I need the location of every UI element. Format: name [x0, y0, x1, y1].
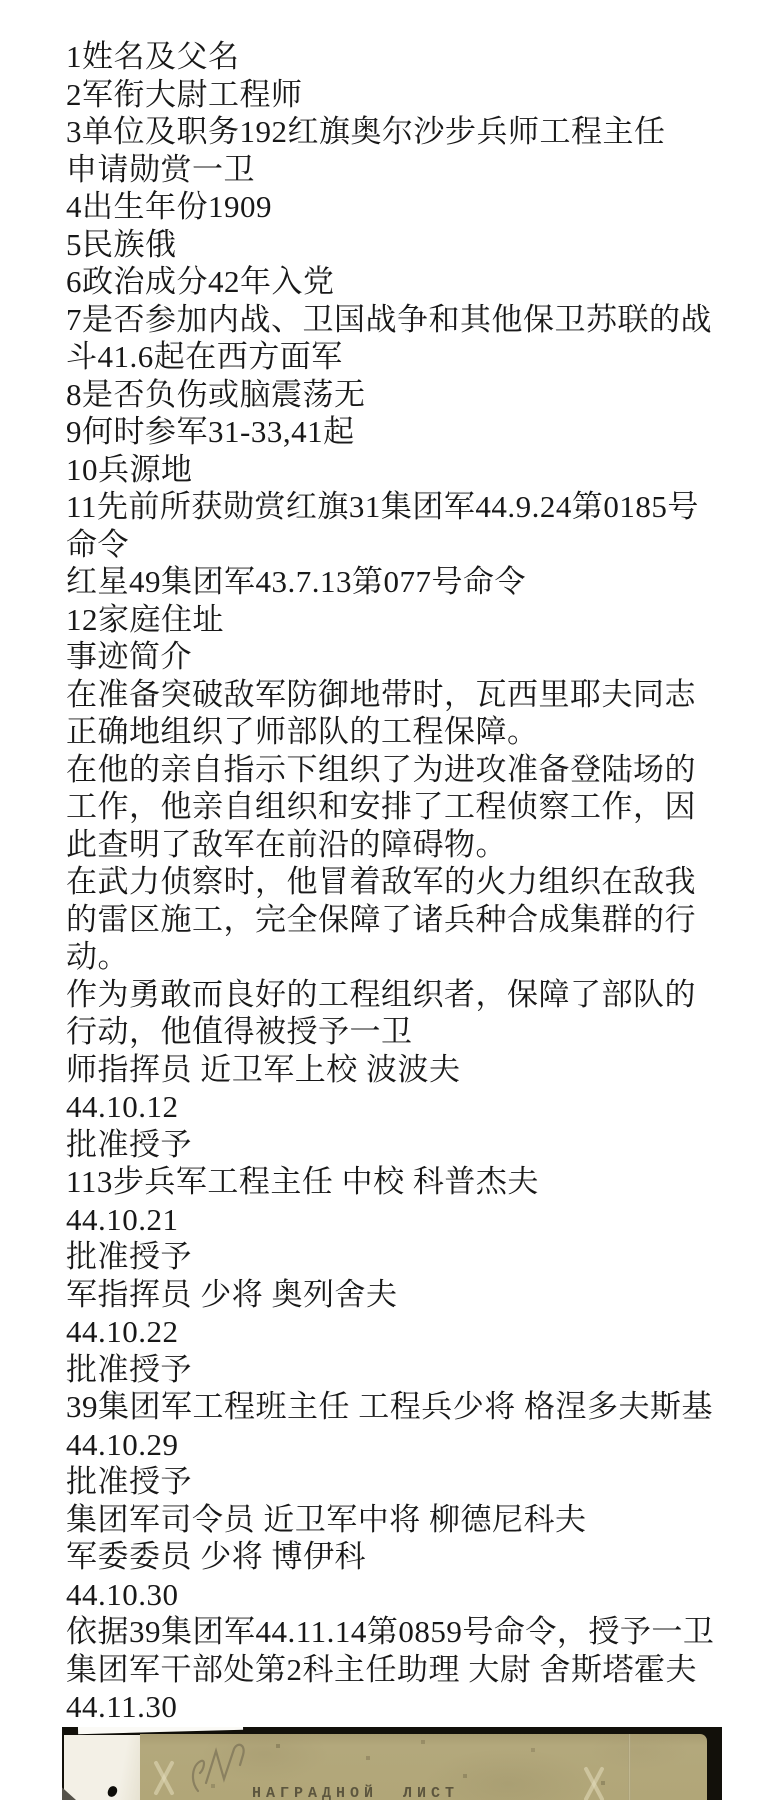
text-line: 1姓名及父名: [66, 38, 751, 76]
text-line: 依据39集团军44.11.14第0859号命令，授予一卫: [66, 1613, 751, 1651]
text-line: 44.10.21: [66, 1201, 751, 1239]
crease-line: [628, 1734, 631, 1800]
text-line: 集团军干部处第2科主任助理 大尉 舍斯塔霍夫: [66, 1651, 751, 1689]
text-line: 11先前所获勋赏红旗31集团军44.9.24第0185号: [66, 488, 751, 526]
text-line: 红星49集团军43.7.13第077号命令: [66, 563, 751, 601]
typed-russian-title: НАГРАДНОЙ ЛИСТ: [252, 1785, 459, 1800]
scanned-document-image: НАГРАДНОЙ ЛИСТ: [62, 1727, 722, 1800]
paper-speckles: [62, 1727, 64, 1729]
text-line: 在他的亲自指示下组织了为进攻准备登陆场的: [66, 751, 751, 789]
text-line: 集团军司令员 近卫军中将 柳德尼科夫: [66, 1501, 751, 1539]
text-line: 的雷区施工，完全保障了诸兵种合成集群的行: [66, 901, 751, 939]
text-line: 批准授予: [66, 1238, 751, 1276]
text-line: 作为勇敢而良好的工程组织者，保障了部队的: [66, 976, 751, 1014]
translated-award-text: 1姓名及父名2军衔大尉工程师3单位及职务192红旗奥尔沙步兵师工程主任申请勋赏一…: [66, 38, 751, 1726]
text-line: 批准授予: [66, 1351, 751, 1389]
text-line: 8是否负伤或脑震荡无: [66, 376, 751, 414]
scan-paper-edge: [64, 1735, 144, 1800]
text-line: 军委委员 少将 博伊科: [66, 1538, 751, 1576]
text-line: 行动，他值得被授予一卫: [66, 1013, 751, 1051]
cross-mark-left: [148, 1761, 178, 1795]
text-line: 2军衔大尉工程师: [66, 76, 751, 114]
text-line: 39集团军工程班主任 工程兵少将 格涅多夫斯基: [66, 1388, 751, 1426]
text-line: 在武力侦察时，他冒着敌军的火力组织在敌我: [66, 863, 751, 901]
text-line: 斗41.6起在西方面军: [66, 338, 751, 376]
text-line: 10兵源地: [66, 451, 751, 489]
text-line: 工作，他亲自组织和安排了工程侦察工作，因: [66, 788, 751, 826]
text-line: 6政治成分42年入党: [66, 263, 751, 301]
text-line: 12家庭住址: [66, 601, 751, 639]
text-line: 113步兵军工程主任 中校 科普杰夫: [66, 1163, 751, 1201]
text-line: 44.10.12: [66, 1088, 751, 1126]
text-line: 命令: [66, 526, 751, 564]
text-line: 在准备突破敌军防御地带时，瓦西里耶夫同志: [66, 676, 751, 714]
text-line: 44.10.30: [66, 1576, 751, 1614]
page: 1姓名及父名2军衔大尉工程师3单位及职务192红旗奥尔沙步兵师工程主任申请勋赏一…: [0, 0, 777, 1800]
text-line: 3单位及职务192红旗奥尔沙步兵师工程主任: [66, 113, 751, 151]
text-line: 动。: [66, 938, 751, 976]
text-line: 44.10.29: [66, 1426, 751, 1464]
text-line: 7是否参加内战、卫国战争和其他保卫苏联的战: [66, 301, 751, 339]
text-line: 4出生年份1909: [66, 188, 751, 226]
text-line: 5民族俄: [66, 226, 751, 264]
text-line: 申请勋赏一卫: [66, 151, 751, 189]
text-line: 批准授予: [66, 1126, 751, 1164]
text-line: 44.10.22: [66, 1313, 751, 1351]
text-line: 军指挥员 少将 奥列舍夫: [66, 1276, 751, 1314]
text-line: 事迹简介: [66, 638, 751, 676]
text-line: 批准授予: [66, 1463, 751, 1501]
text-line: 正确地组织了师部队的工程保障。: [66, 713, 751, 751]
text-line: 此查明了敌军在前沿的障碍物。: [66, 826, 751, 864]
text-line: 44.11.30: [66, 1688, 751, 1726]
cross-mark-right: [578, 1767, 608, 1800]
text-line: 师指挥员 近卫军上校 波波夫: [66, 1051, 751, 1089]
text-line: 9何时参军31-33,41起: [66, 413, 751, 451]
